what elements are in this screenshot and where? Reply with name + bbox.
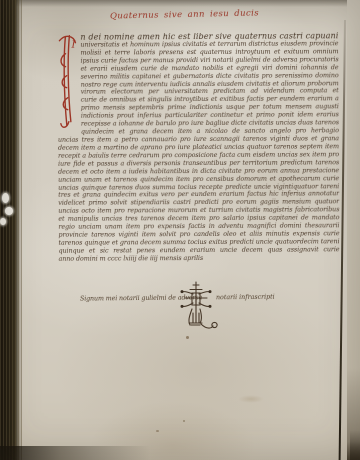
stain [156, 430, 159, 432]
bottom-edge-shadow [0, 446, 150, 460]
page-edge-line [339, 20, 346, 460]
notarial-sign-icon [172, 279, 220, 331]
stain [183, 420, 185, 422]
paper-speck [2, 193, 9, 203]
corner-shadow [350, 430, 360, 460]
top-edge-shadow [0, 0, 360, 7]
manuscript-page-photo: Quaternus sive ann iesu ducis I n dei no… [0, 0, 360, 460]
signature-right-text: notarii infrascripti [216, 294, 275, 303]
paper-speck [5, 207, 13, 215]
binding-gutter-edge [0, 0, 22, 460]
stain [186, 336, 189, 339]
manuscript-text-block: I n dei nomine amen hic est liber sive q… [57, 32, 339, 265]
fore-edge-strip [347, 0, 360, 460]
stain [238, 395, 264, 403]
rubric-title: Quaternus sive ann iesu ducis [110, 8, 260, 22]
paper-speck [0, 218, 6, 225]
illuminated-initial: I [57, 34, 78, 130]
manuscript-line: anno domini m cccc lxiiij die iiij mensi… [59, 255, 249, 264]
